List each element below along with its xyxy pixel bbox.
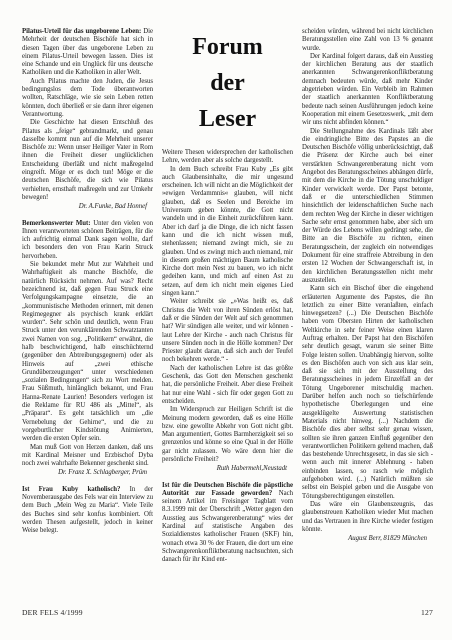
column-right: scheiden würden, während bei nicht kirch…	[302, 28, 433, 610]
letter-bischoefe-paragraph: Die Stellungnahme des Kardinals läßt abe…	[302, 128, 433, 286]
letter-pilatus-paragraph: Die Geschichte hat diesen Entschluß des …	[22, 119, 153, 202]
letter-mut-paragraph: Sie bekundet mehr Mut zur Wahrheit und W…	[22, 261, 153, 444]
letter-pilatus-paragraph: Auch Pilatus machte den Juden, die Jesus…	[22, 78, 153, 119]
letter-kuby-body: In der Novemberausgabe des Fels war ein …	[22, 486, 153, 534]
page-footer: DER FELS 4/1999 127	[22, 608, 433, 617]
letter-mut-paragraph: Bemerkenswerter Mut: Unter den vielen vo…	[22, 220, 153, 261]
letter-kuby-paragraph: Im Widerspruch zur Heiligen Schrift ist …	[162, 406, 293, 464]
letter-kuby-paragraph: Weitere Thesen widersprechen der katholi…	[162, 149, 293, 166]
letter-bischoefe-paragraph: Das wäre ein Glaubenszeugnis, das glaube…	[302, 501, 433, 534]
page-number: 127	[421, 608, 433, 617]
letter-mut-paragraph: Man muß Gott von Herzen danken, daß uns …	[22, 444, 153, 469]
letter-kuby-paragraph: Ist Frau Kuby katholisch? In der Novembe…	[22, 486, 153, 536]
letter-pilatus-paragraph: Pilatus-Urteil für das ungeborene Leben:…	[22, 28, 153, 78]
column-layout: Pilatus-Urteil für das ungeborene Leben:…	[22, 28, 433, 610]
section-title: Forum der Leser	[162, 29, 293, 137]
letter-signature: Ruth Habermehl,Neustadt	[162, 465, 293, 473]
letter-signature: Dr. Franz X. Schlagberger, Prüm	[22, 469, 153, 477]
journal-page: Pilatus-Urteil für das ungeborene Leben:…	[0, 0, 452, 640]
letter-signature: Dr. A.Funke, Bad Honnef	[22, 203, 153, 211]
column-left: Pilatus-Urteil für das ungeborene Leben:…	[22, 28, 153, 610]
column-middle: Forum der Leser Weitere Thesen widerspre…	[162, 28, 293, 610]
letter-kuby-paragraph: Weiter schreibt sie „»Was heißt es, daß …	[162, 298, 293, 364]
letter-signature: August Berr, 81829 München	[302, 535, 433, 543]
letter-kuby-paragraph: Nach der katholischen Lehre ist das größ…	[162, 365, 293, 406]
journal-issue-label: DER FELS 4/1999	[22, 608, 83, 617]
letter-pilatus-body: Die Mehrheit der deutschen Bischöfe hat …	[22, 28, 153, 76]
letter-bischoefe-paragraph: scheiden würden, während bei nicht kirch…	[302, 28, 433, 53]
letter-pilatus-lead: Pilatus-Urteil für das ungeborene Leben:	[22, 28, 141, 35]
letter-bischoefe-body: Nach seinem Artikel im Freisinger Tagbla…	[162, 490, 293, 563]
letter-mut-lead: Bemerkenswerter Mut:	[22, 220, 90, 227]
letter-bischoefe-paragraph: Der Kardinal folgert daraus, daß ein Aus…	[302, 53, 433, 128]
letter-bischoefe-paragraph: Ist für die Deutschen Bischöfe die päpst…	[162, 482, 293, 565]
letter-bischoefe-paragraph: Kann sich ein Bischof über die eingehend…	[302, 285, 433, 501]
letter-kuby-lead: Ist Frau Kuby katholisch?	[22, 486, 120, 493]
letter-kuby-paragraph: In dem Buch schreibt Frau Kuby „Es gibt …	[162, 166, 293, 299]
